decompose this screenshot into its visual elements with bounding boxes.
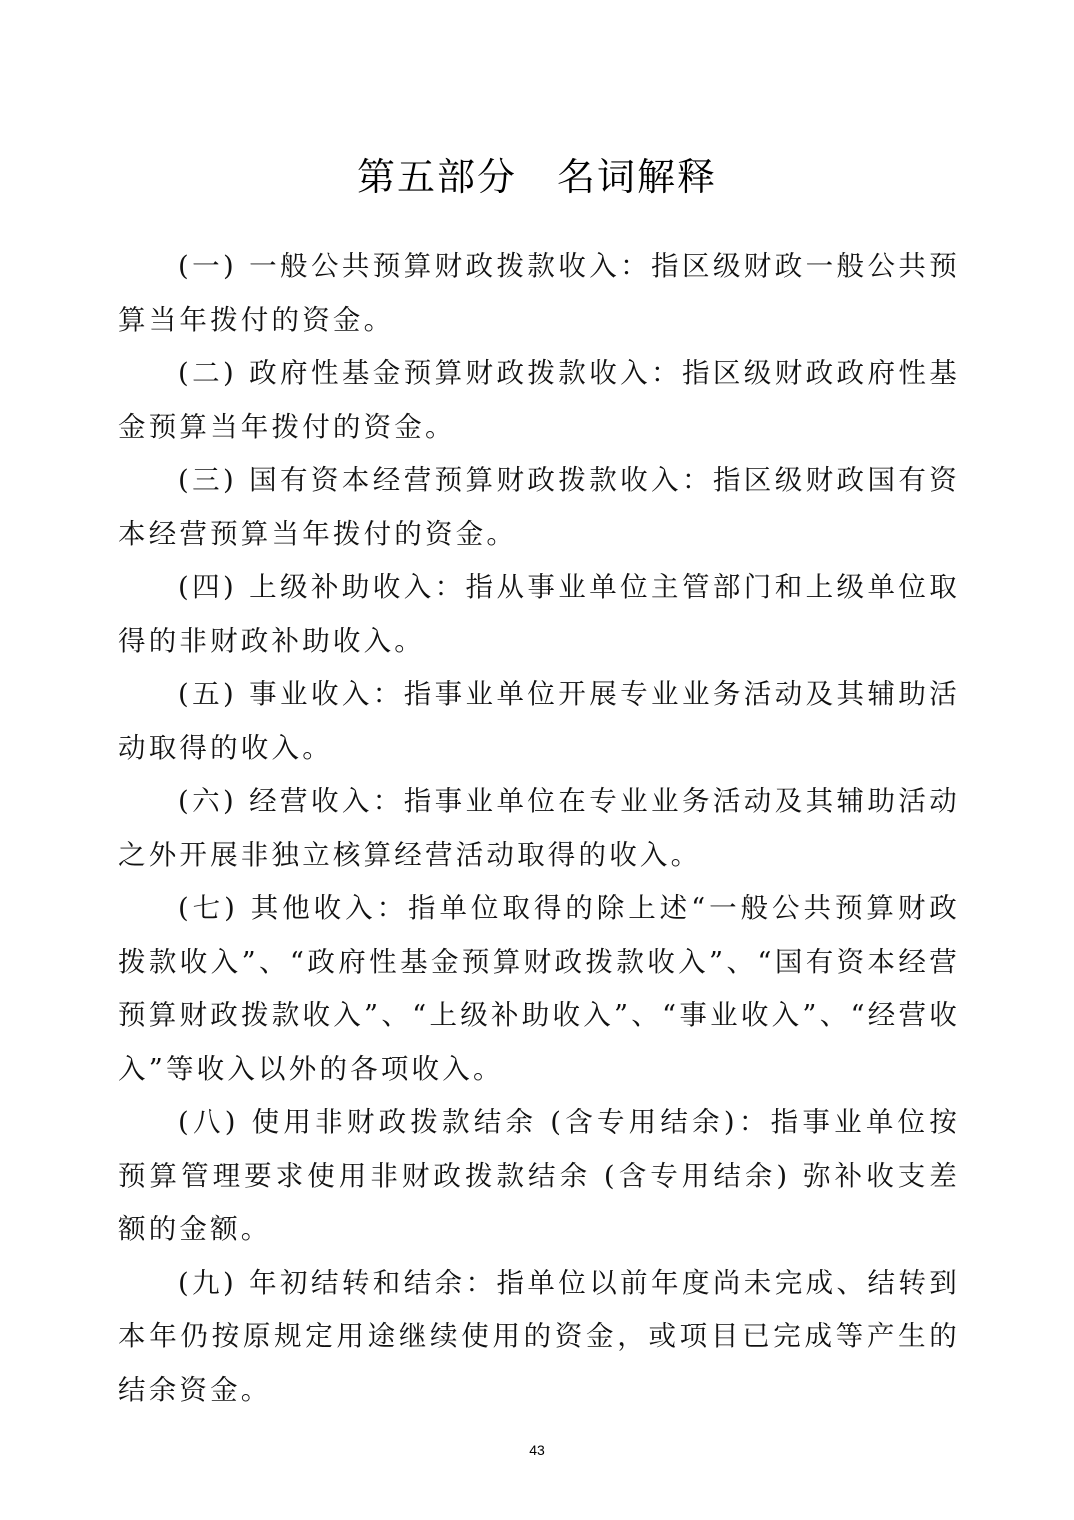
definitions-body: (一) 一般公共预算财政拨款收入：指区级财政一般公共预算当年拨付的资金。 (二)… (118, 240, 960, 1417)
definition-paragraph: (九) 年初结转和结余：指单位以前年度尚未完成、结转到本年仍按原规定用途继续使用… (118, 1257, 960, 1418)
definition-paragraph: (二) 政府性基金预算财政拨款收入：指区级财政政府性基金预算当年拨付的资金。 (118, 347, 960, 454)
title-name: 名词解释 (557, 155, 717, 199)
definition-paragraph: (一) 一般公共预算财政拨款收入：指区级财政一般公共预算当年拨付的资金。 (118, 240, 960, 347)
title-part: 第五部分 (357, 155, 517, 199)
definition-paragraph: (八) 使用非财政拨款结余 (含专用结余)：指事业单位按预算管理要求使用非财政拨… (118, 1096, 960, 1257)
definition-paragraph: (三) 国有资本经营预算财政拨款收入：指区级财政国有资本经营预算当年拨付的资金。 (118, 454, 960, 561)
definition-paragraph: (六) 经营收入：指事业单位在专业业务活动及其辅助活动之外开展非独立核算经营活动… (118, 775, 960, 882)
definition-paragraph: (七) 其他收入：指单位取得的除上述“一般公共预算财政拨款收入”、“政府性基金预… (118, 882, 960, 1096)
document-page: 第五部分名词解释 (一) 一般公共预算财政拨款收入：指区级财政一般公共预算当年拨… (0, 0, 1074, 1520)
definition-paragraph: (四) 上级补助收入：指从事业单位主管部门和上级单位取得的非财政补助收入。 (118, 561, 960, 668)
page-title: 第五部分名词解释 (0, 146, 1074, 201)
page-number: 43 (0, 1442, 1074, 1458)
definition-paragraph: (五) 事业收入：指事业单位开展专业业务活动及其辅助活动取得的收入。 (118, 668, 960, 775)
